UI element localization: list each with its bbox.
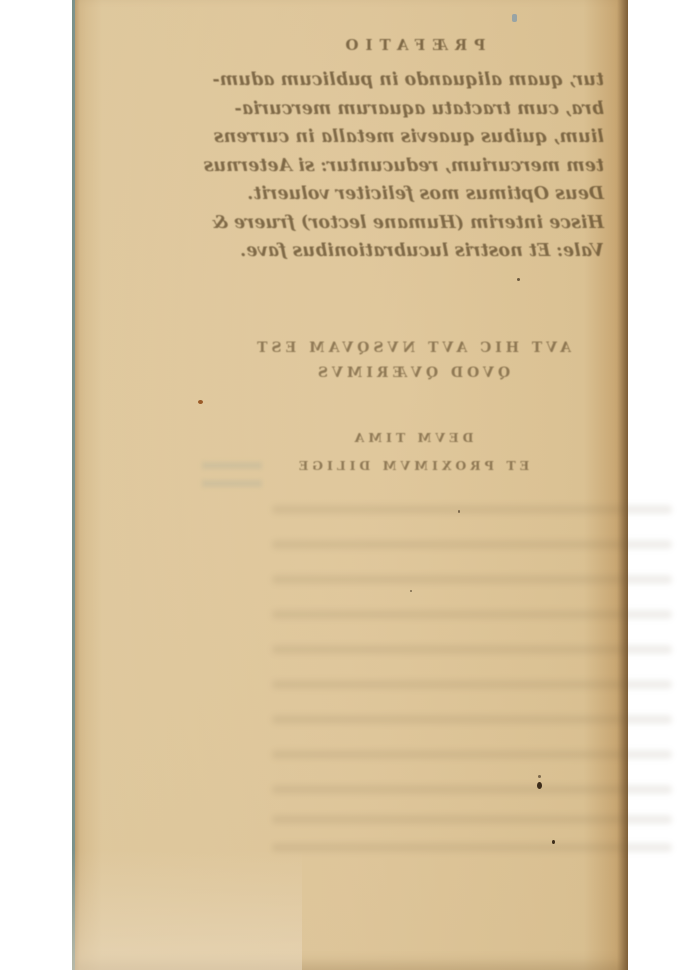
motto-line-1: AVT HIC AVT NVSQVAM EST (212, 340, 612, 356)
ink-speck (410, 590, 412, 592)
stain-speck (198, 400, 203, 404)
motto-line-3: DEVM TIMA (212, 430, 612, 445)
body-line: lium, quibus quaevis metalla in currens (184, 123, 604, 152)
body-line: tem mercurium, reducuntur: si Aeternus (184, 152, 604, 181)
margin-note-ghost (202, 462, 262, 469)
ink-speck (537, 782, 542, 789)
faint-text-line (272, 843, 672, 852)
page-mark (512, 14, 517, 22)
ink-speck (458, 510, 460, 513)
faint-text-line (272, 645, 672, 654)
margin-note-ghost (202, 480, 262, 487)
motto-line-2: QVOD QVÆRIMVS (212, 365, 612, 381)
body-line: Hisce interim (Humane lector) fruere & (184, 209, 604, 238)
ink-speck (517, 278, 520, 281)
ink-speck (552, 840, 555, 844)
faint-text-line (272, 815, 672, 824)
faint-text-line (272, 715, 672, 724)
ink-speck (538, 775, 541, 778)
faint-text-line (272, 575, 672, 584)
faint-text-line (272, 785, 672, 794)
body-line: Deus Optimus mos feliciter voluerit. (184, 180, 604, 209)
motto-line-4: ET PROXIMVM DILIGE (212, 458, 612, 473)
faint-text-line (272, 540, 672, 549)
faint-text-line (272, 610, 672, 619)
faint-text-line (272, 750, 672, 759)
book-page: PRÆFATIO tur, quam aliquando in publicum… (72, 0, 628, 970)
faint-text-line (272, 505, 672, 514)
body-line: Vale: Et nostris lucubrationibus fave. (184, 237, 604, 266)
faint-text-line (272, 680, 672, 689)
running-head: PRÆFATIO (302, 36, 522, 54)
body-text: tur, quam aliquando in publicum adum- br… (184, 66, 604, 266)
body-line: tur, quam aliquando in publicum adum- (184, 66, 604, 95)
body-line: bra, cum tractatu aquarum mercuria- (184, 95, 604, 124)
